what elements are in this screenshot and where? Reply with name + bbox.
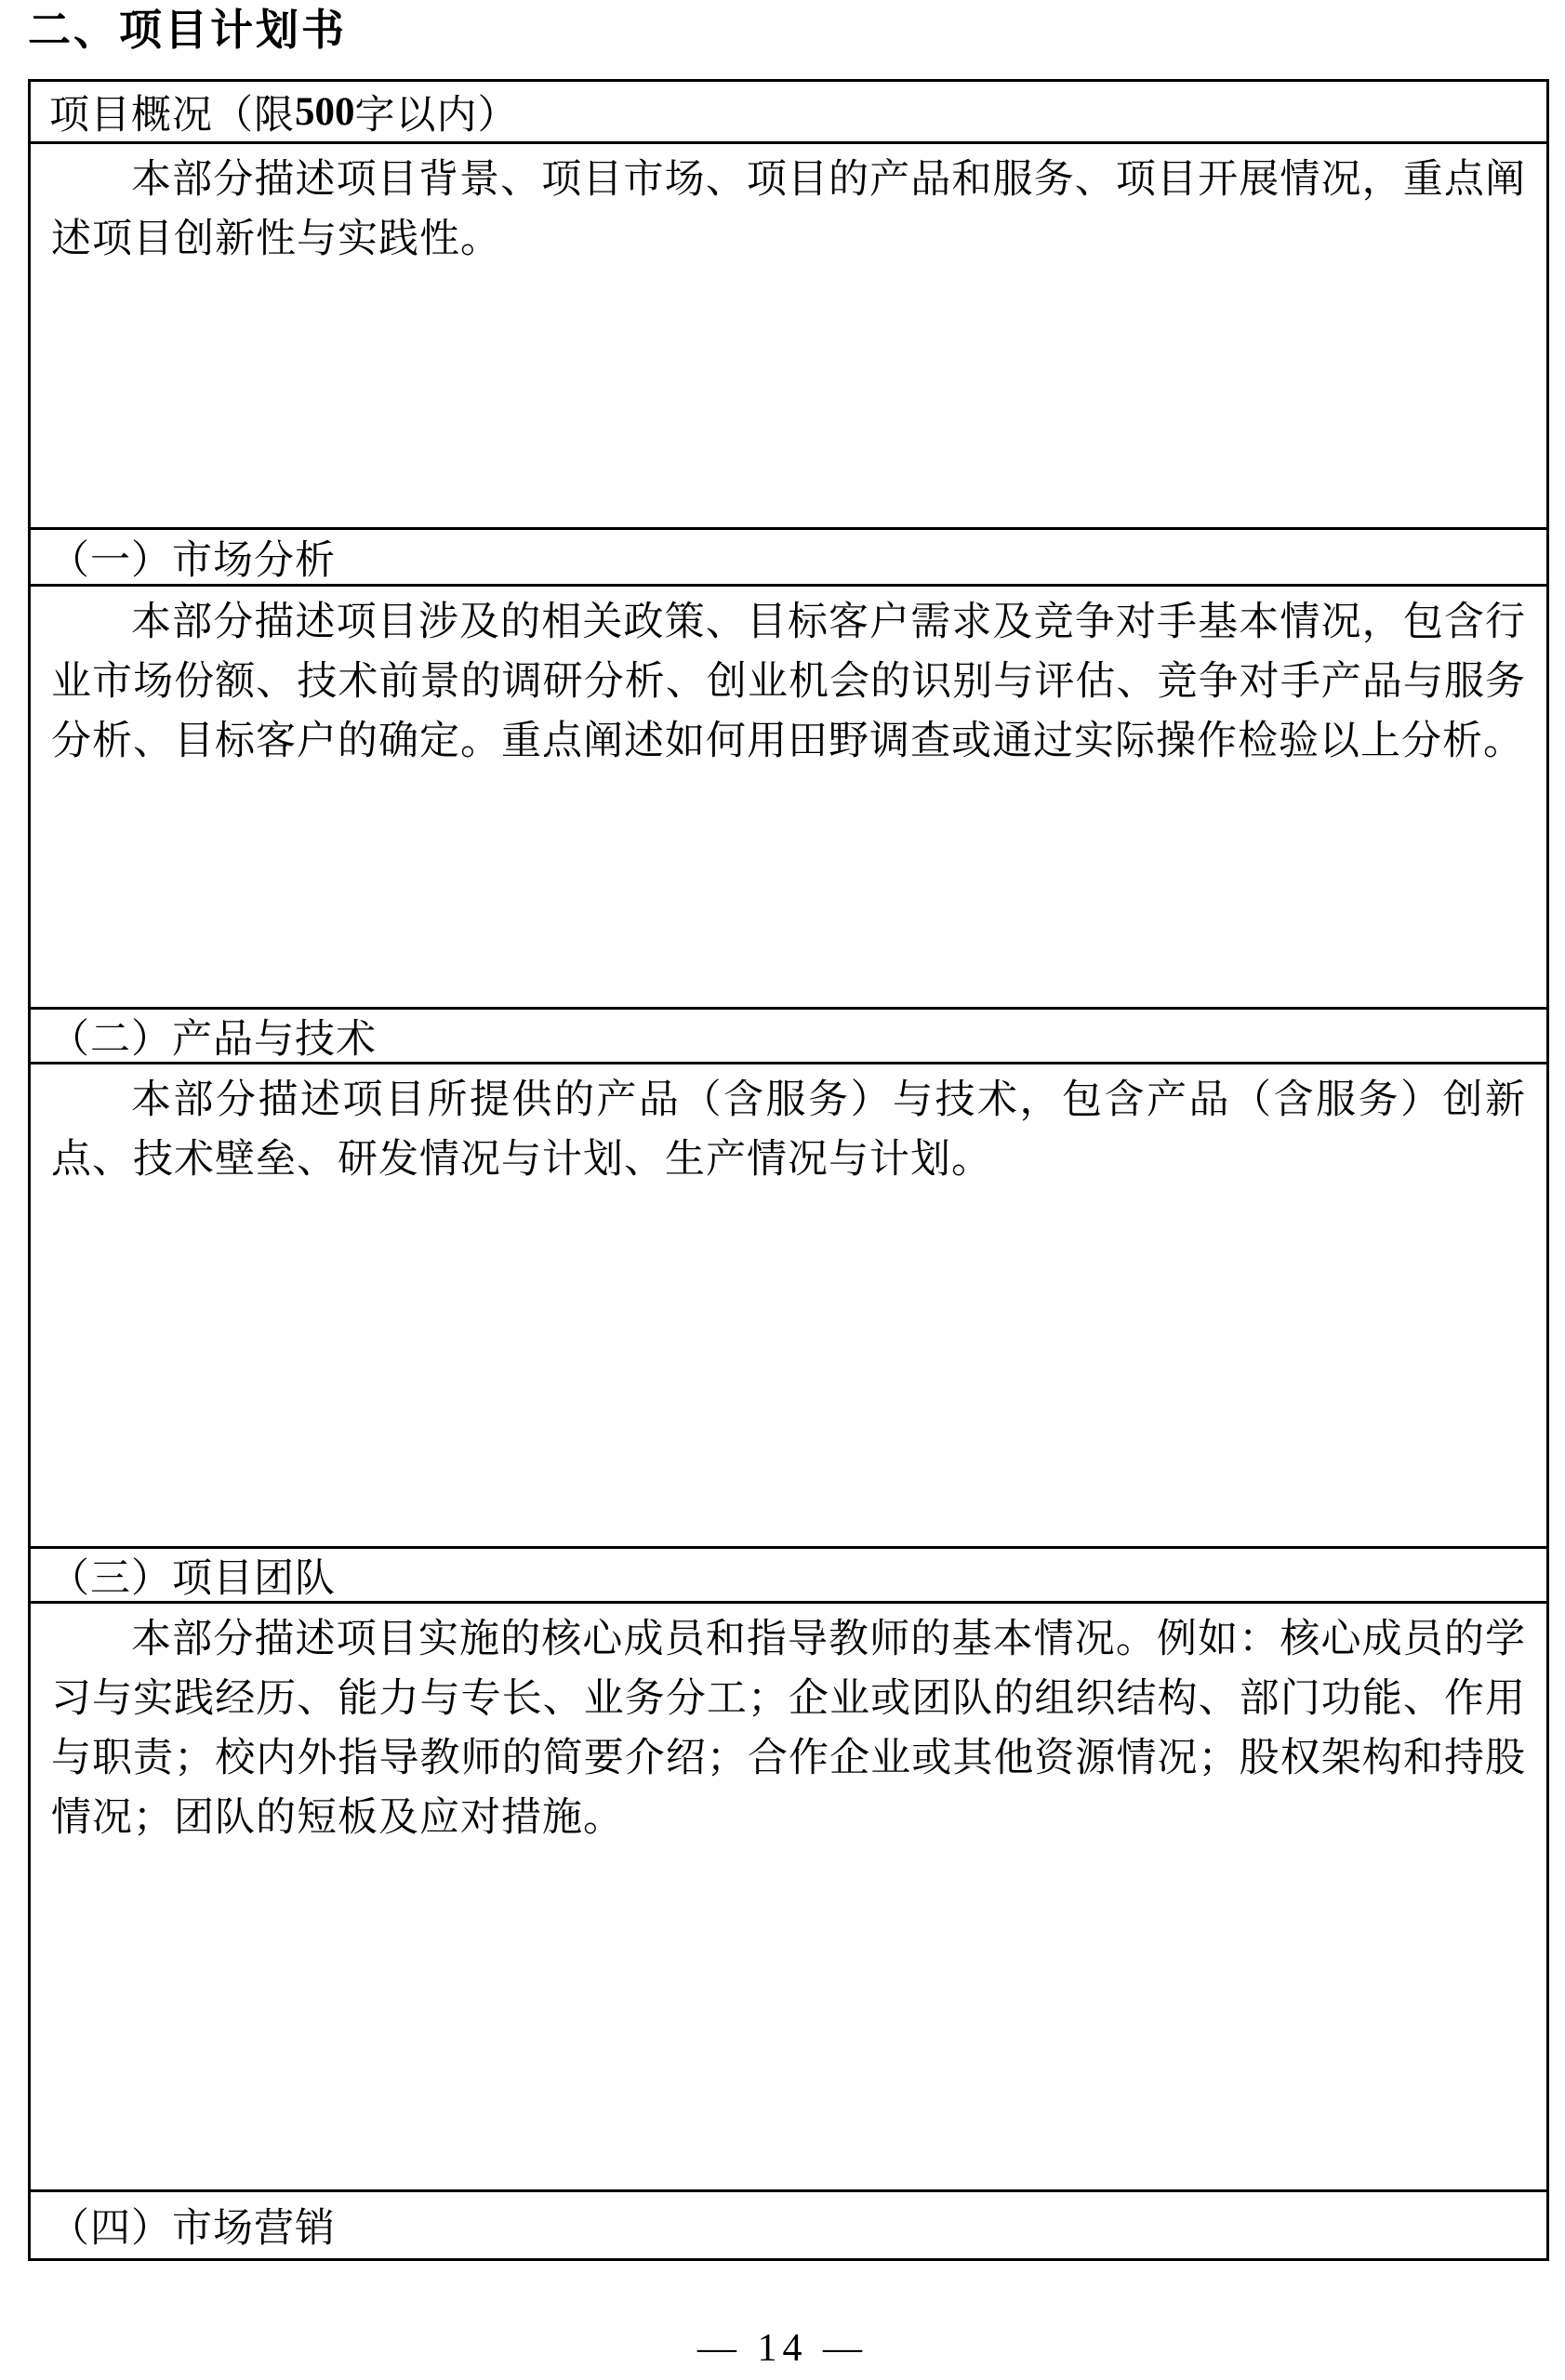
section-heading-overview: 项目概况（限 500 字以内） (31, 82, 1546, 144)
section-body-market-analysis: 本部分描述项目涉及的相关政策、目标客户需求及竞争对手基本情况，包含行业市场份额、… (31, 587, 1546, 1010)
overview-description: 本部分描述项目背景、项目市场、项目的产品和服务、项目开展情况，重点阐述项目创新性… (51, 151, 1526, 270)
market-analysis-description: 本部分描述项目涉及的相关政策、目标客户需求及竞争对手基本情况，包含行业市场份额、… (51, 593, 1526, 772)
marketing-heading: （四）市场营销 (49, 2197, 336, 2254)
section-body-project-team: 本部分描述项目实施的核心成员和指导教师的基本情况。例如：核心成员的学习与实践经历… (31, 1604, 1546, 2192)
section-heading-project-team: （三）项目团队 (31, 1549, 1546, 1604)
product-technology-description: 本部分描述项目所提供的产品（含服务）与技术，包含产品（含服务）创新点、技术壁垒、… (51, 1071, 1526, 1190)
overview-heading-suffix: 字以内） (355, 84, 519, 140)
page-title: 二、项目计划书 (28, 2, 347, 58)
document-page: 二、项目计划书 项目概况（限 500 字以内） 本部分描述项目背景、项目市场、项… (0, 0, 1565, 2380)
section-heading-market-analysis: （一）市场分析 (31, 530, 1546, 587)
section-heading-product-technology: （二）产品与技术 (31, 1010, 1546, 1064)
project-team-description: 本部分描述项目实施的核心成员和指导教师的基本情况。例如：核心成员的学习与实践经历… (51, 1610, 1526, 1848)
overview-word-limit: 500 (295, 89, 355, 135)
overview-heading-prefix: 项目概况（限 (49, 84, 295, 140)
project-team-heading: （三）项目团队 (49, 1549, 336, 1604)
page-number: — 14 — (0, 2326, 1565, 2371)
plan-table: 项目概况（限 500 字以内） 本部分描述项目背景、项目市场、项目的产品和服务、… (28, 79, 1549, 2261)
product-technology-heading: （二）产品与技术 (49, 1010, 377, 1064)
section-body-overview: 本部分描述项目背景、项目市场、项目的产品和服务、项目开展情况，重点阐述项目创新性… (31, 144, 1546, 530)
section-body-product-technology: 本部分描述项目所提供的产品（含服务）与技术，包含产品（含服务）创新点、技术壁垒、… (31, 1064, 1546, 1549)
market-analysis-heading: （一）市场分析 (49, 530, 336, 586)
section-heading-marketing: （四）市场营销 (31, 2192, 1546, 2258)
